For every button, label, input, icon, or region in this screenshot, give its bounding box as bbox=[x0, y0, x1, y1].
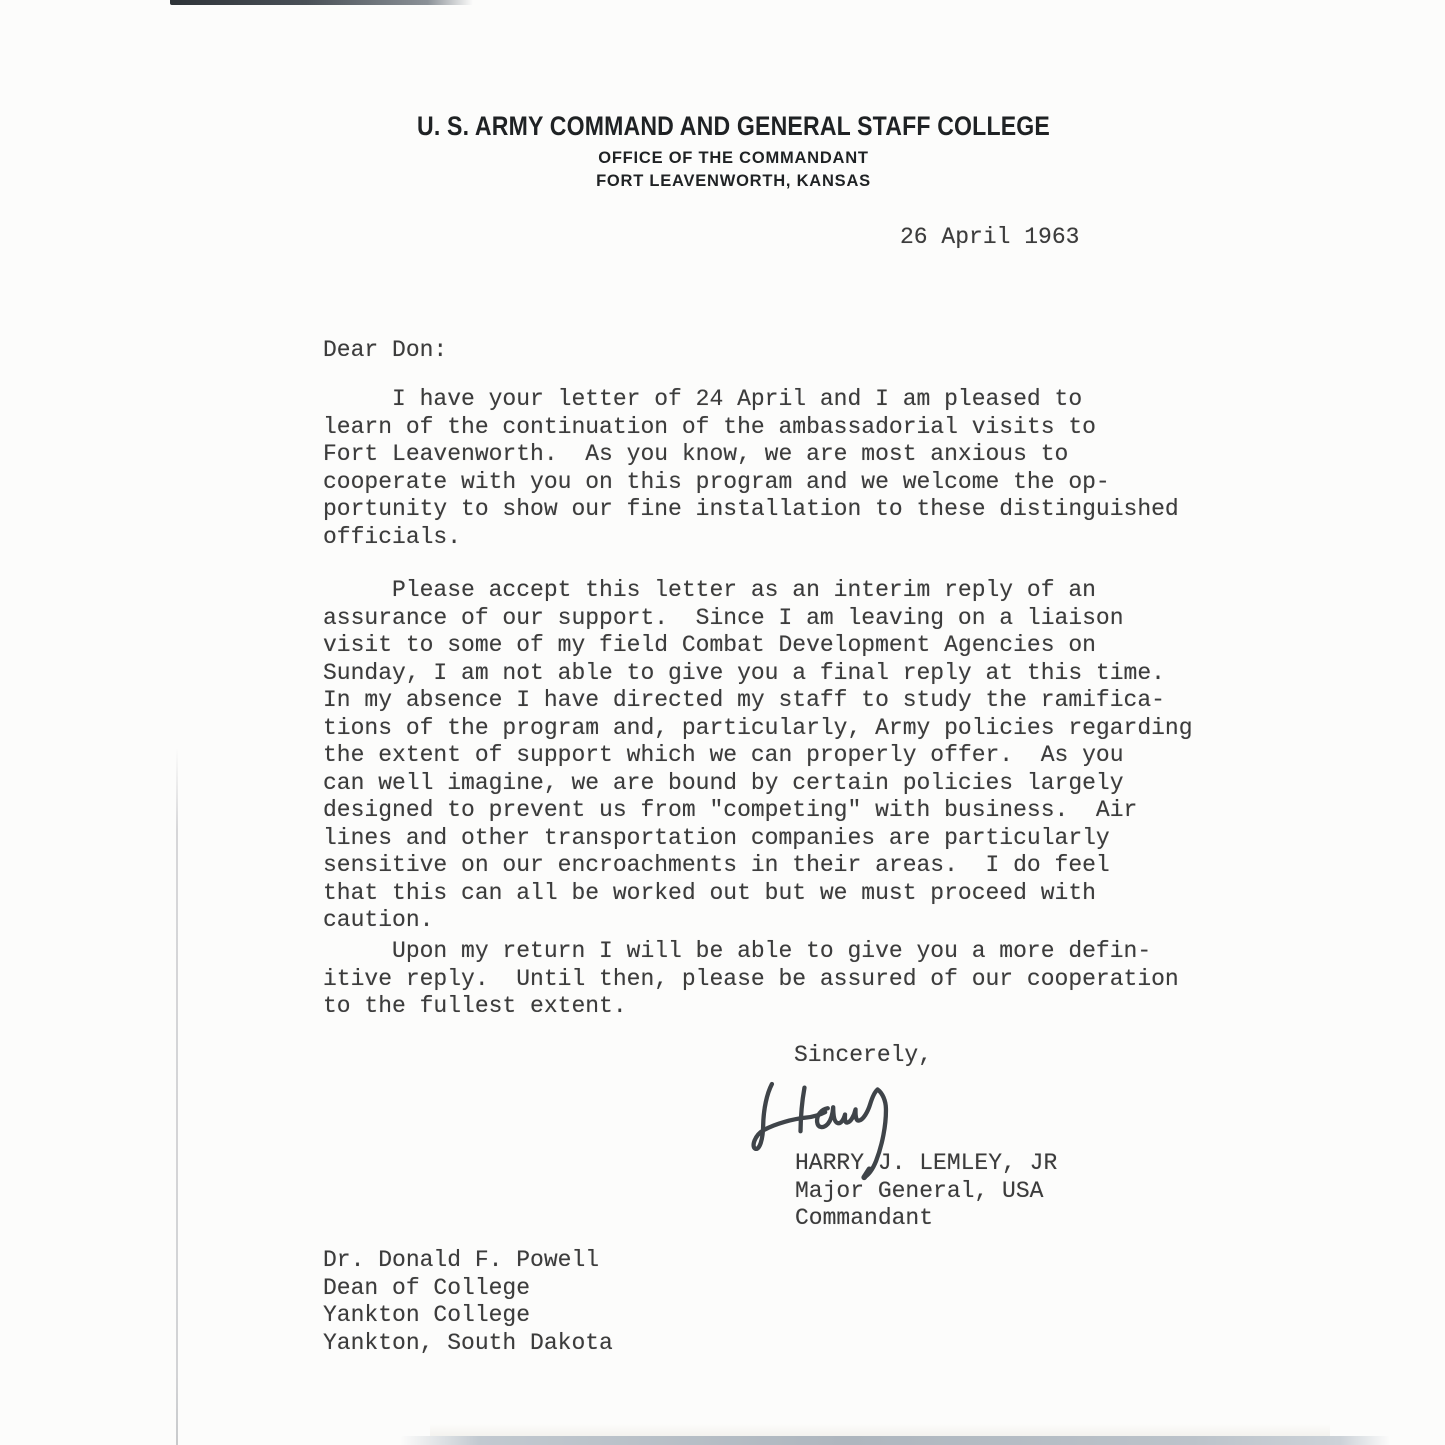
scanned-letter-page: U. S. ARMY COMMAND AND GENERAL STAFF COL… bbox=[0, 0, 1445, 1445]
signature-stroke-lead-loop bbox=[747, 1079, 828, 1149]
body-paragraph-3: Upon my return I will be able to give yo… bbox=[323, 938, 1179, 1021]
scan-artifact-bottom-edge bbox=[400, 1436, 1390, 1445]
signature-block: HARRY J. LEMLEY, JR Major General, USA C… bbox=[795, 1150, 1057, 1233]
letterhead-college-name: U. S. ARMY COMMAND AND GENERAL STAFF COL… bbox=[125, 112, 1342, 141]
letterhead-office-line: OFFICE OF THE COMMANDANT bbox=[43, 149, 1423, 167]
signer-title: Commandant bbox=[795, 1205, 1057, 1233]
recipient-title: Dean of College bbox=[323, 1275, 613, 1303]
scan-artifact-bottom-shadow bbox=[430, 1424, 1330, 1436]
body-paragraph-2: Please accept this letter as an interim … bbox=[323, 577, 1193, 935]
letterhead-location-line: FORT LEAVENWORTH, KANSAS bbox=[43, 172, 1423, 190]
scan-artifact-top-edge bbox=[170, 0, 473, 5]
signer-name: HARRY J. LEMLEY, JR bbox=[795, 1150, 1057, 1178]
date-line: 26 April 1963 bbox=[900, 224, 1079, 252]
recipient-location: Yankton, South Dakota bbox=[323, 1330, 613, 1358]
recipient-name: Dr. Donald F. Powell bbox=[323, 1247, 613, 1275]
recipient-organization: Yankton College bbox=[323, 1302, 613, 1330]
signer-rank: Major General, USA bbox=[795, 1178, 1057, 1206]
body-paragraph-1: I have your letter of 24 April and I am … bbox=[323, 386, 1179, 551]
scan-artifact-paper-left-edge bbox=[176, 748, 178, 1445]
salutation: Dear Don: bbox=[323, 337, 447, 365]
signature-stroke-stem bbox=[796, 1088, 809, 1132]
recipient-address-block: Dr. Donald F. Powell Dean of College Yan… bbox=[323, 1247, 613, 1357]
